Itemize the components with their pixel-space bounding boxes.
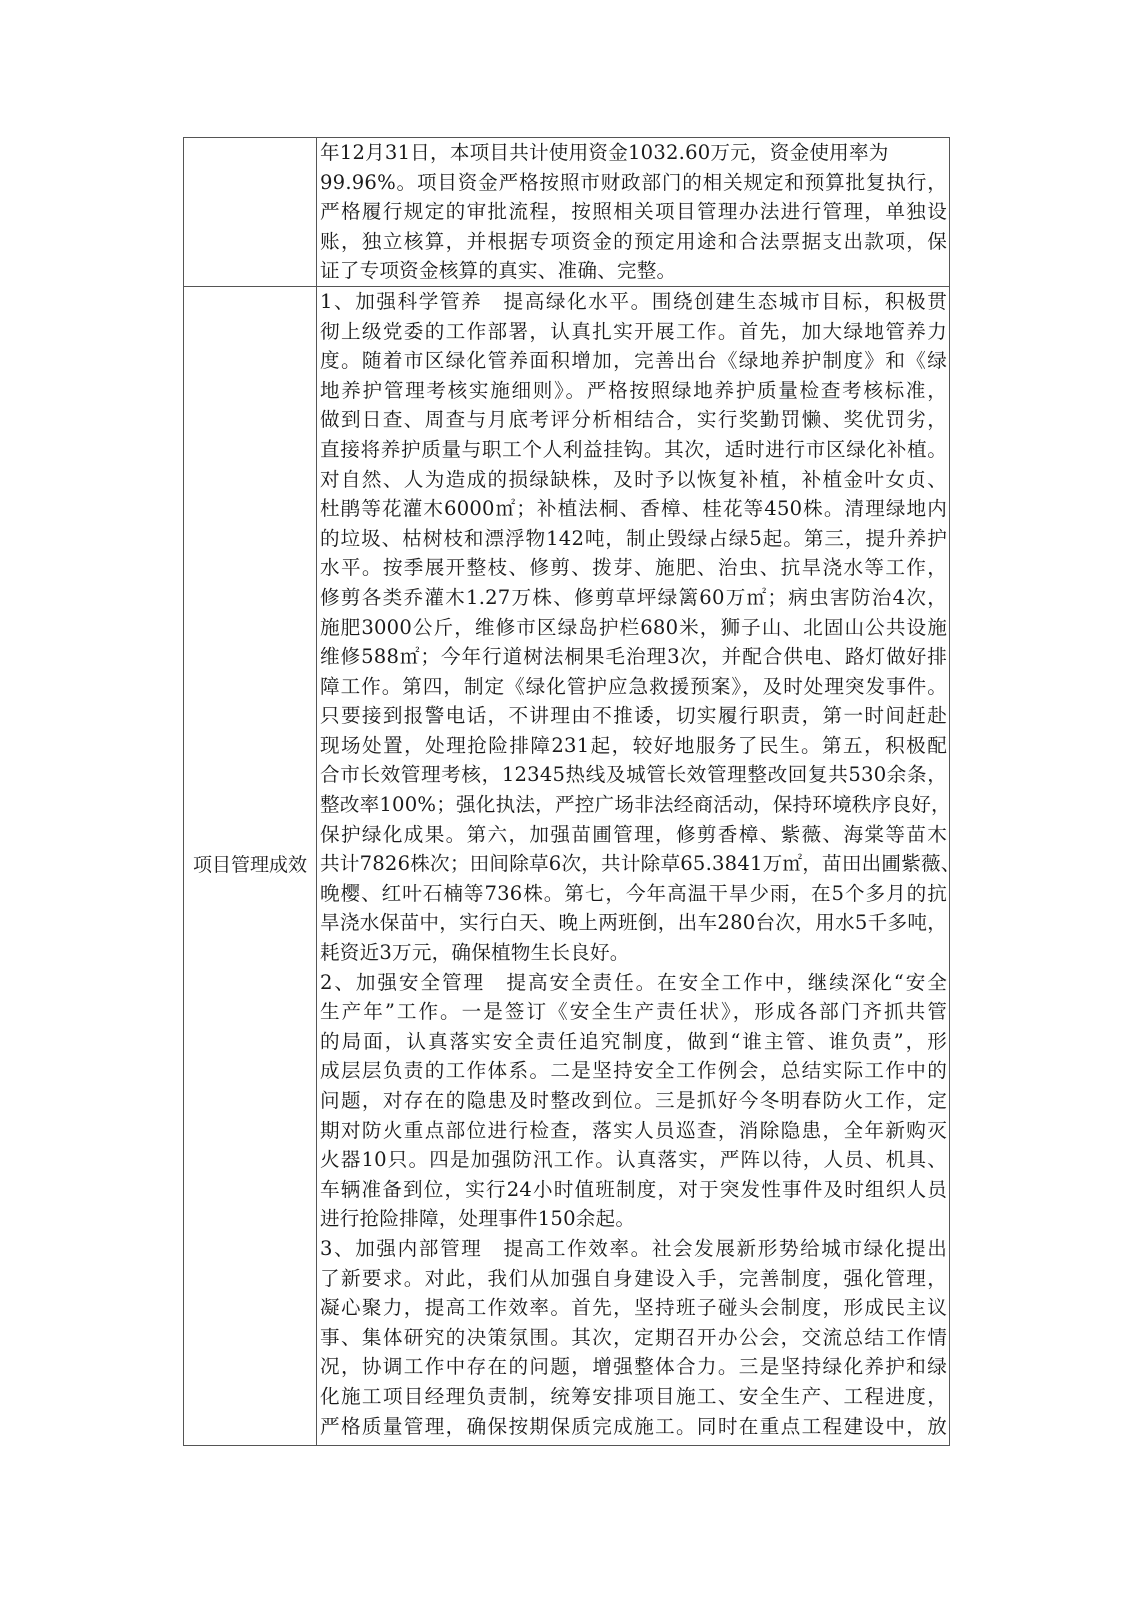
text-line: 进行抢险排障，处理事件150余起。 bbox=[320, 1204, 947, 1234]
text-line: 水平。按季展开整枝、修剪、拨芽、施肥、治虫、抗旱浇水等工作， bbox=[320, 553, 947, 583]
text-line: 耗资近3万元，确保植物生长良好。 bbox=[320, 938, 947, 968]
text-line: 施肥3000公斤，维修市区绿岛护栏680米，狮子山、北固山公共设施 bbox=[320, 613, 947, 643]
text-line: 年12月31日，本项目共计使用资金1032.60万元，资金使用率为 bbox=[320, 138, 947, 168]
row-content-cell: 1、加强科学管养 提高绿化水平。围绕创建生态城市目标，积极贯彻上级党委的工作部署… bbox=[317, 286, 950, 1445]
row-label-cell bbox=[184, 138, 317, 287]
text-line: 直接将养护质量与职工个人利益挂钩。其次，适时进行市区绿化补植。 bbox=[320, 435, 947, 465]
text-line: 严格履行规定的审批流程，按照相关项目管理办法进行管理，单独设 bbox=[320, 197, 947, 227]
text-line: 账，独立核算，并根据专项资金的预定用途和合法票据支出款项，保 bbox=[320, 227, 947, 257]
table-row-management-results: 项目管理成效 1、加强科学管养 提高绿化水平。围绕创建生态城市目标，积极贯彻上级… bbox=[184, 286, 950, 1445]
text-line: 的局面，认真落实安全责任追究制度，做到“谁主管、谁负责”，形 bbox=[320, 1027, 947, 1057]
text-line: 旱浇水保苗中，实行白天、晚上两班倒，出车280台次，用水5千多吨， bbox=[320, 908, 947, 938]
text-line: 严格质量管理，确保按期保质完成施工。同时在重点工程建设中，放 bbox=[320, 1412, 947, 1442]
text-line: 对自然、人为造成的损绿缺株，及时予以恢复补植，补植金叶女贞、 bbox=[320, 465, 947, 495]
text-line: 99.96%。项目资金严格按照市财政部门的相关规定和预算批复执行， bbox=[320, 168, 947, 198]
text-line: 彻上级党委的工作部署，认真扎实开展工作。首先，加大绿地管养力 bbox=[320, 317, 947, 347]
text-line: 况，协调工作中存在的问题，增强整体合力。三是坚持绿化养护和绿 bbox=[320, 1352, 947, 1382]
text-line: 障工作。第四，制定《绿化管护应急救援预案》，及时处理突发事件。 bbox=[320, 672, 947, 702]
text-line: 化施工项目经理负责制，统筹安排项目施工、安全生产、工程进度， bbox=[320, 1382, 947, 1412]
text-line: 凝心聚力，提高工作效率。首先，坚持班子碰头会制度，形成民主议 bbox=[320, 1293, 947, 1323]
project-table: 年12月31日，本项目共计使用资金1032.60万元，资金使用率为99.96%。… bbox=[183, 137, 950, 1446]
row-content-cell: 年12月31日，本项目共计使用资金1032.60万元，资金使用率为99.96%。… bbox=[317, 138, 950, 287]
funds-paragraph: 年12月31日，本项目共计使用资金1032.60万元，资金使用率为99.96%。… bbox=[320, 138, 947, 286]
text-line: 度。随着市区绿化管养面积增加，完善出台《绿地养护制度》和《绿 bbox=[320, 346, 947, 376]
text-line: 晚樱、红叶石楠等736株。第七，今年高温干旱少雨，在5个多月的抗 bbox=[320, 879, 947, 909]
text-line: 杜鹃等花灌木6000㎡；补植法桐、香樟、桂花等450株。清理绿地内 bbox=[320, 494, 947, 524]
text-line: 1、加强科学管养 提高绿化水平。围绕创建生态城市目标，积极贯 bbox=[320, 287, 947, 317]
text-line: 2、加强安全管理 提高安全责任。在安全工作中，继续深化“安全 bbox=[320, 968, 947, 998]
row-label-cell-project-management-results: 项目管理成效 bbox=[184, 286, 317, 1445]
text-line: 地养护管理考核实施细则》。严格按照绿地养护质量检查考核标准， bbox=[320, 376, 947, 406]
text-line: 修剪各类乔灌木1.27万株、修剪草坪绿篱60万㎡；病虫害防治4次， bbox=[320, 583, 947, 613]
text-line: 成层层负责的工作体系。二是坚持安全工作例会，总结实际工作中的 bbox=[320, 1056, 947, 1086]
document-page: 年12月31日，本项目共计使用资金1032.60万元，资金使用率为99.96%。… bbox=[0, 0, 1130, 1600]
table-row-funds: 年12月31日，本项目共计使用资金1032.60万元，资金使用率为99.96%。… bbox=[184, 138, 950, 287]
text-line: 共计7826株次；田间除草6次，共计除草65.3841万㎡，苗田出圃紫薇、 bbox=[320, 849, 947, 879]
text-line: 了新要求。对此，我们从加强自身建设入手，完善制度，强化管理， bbox=[320, 1264, 947, 1294]
text-line: 问题，对存在的隐患及时整改到位。三是抓好今冬明春防火工作，定 bbox=[320, 1086, 947, 1116]
text-line: 合市长效管理考核，12345热线及城管长效管理整改回复共530余条， bbox=[320, 760, 947, 790]
text-line: 期对防火重点部位进行检查，落实人员巡查，消除隐患，全年新购灭 bbox=[320, 1116, 947, 1146]
text-line: 维修588㎡；今年行道树法桐果毛治理3次，并配合供电、路灯做好排 bbox=[320, 642, 947, 672]
text-line: 证了专项资金核算的真实、准确、完整。 bbox=[320, 256, 947, 286]
text-line: 保护绿化成果。第六，加强苗圃管理，修剪香樟、紫薇、海棠等苗木 bbox=[320, 820, 947, 850]
text-line: 做到日查、周查与月底考评分析相结合，实行奖勤罚懒、奖优罚劣， bbox=[320, 405, 947, 435]
text-line: 火器10只。四是加强防汛工作。认真落实，严阵以待，人员、机具、 bbox=[320, 1145, 947, 1175]
management-results-paragraphs: 1、加强科学管养 提高绿化水平。围绕创建生态城市目标，积极贯彻上级党委的工作部署… bbox=[320, 287, 947, 1441]
text-line: 生产年”工作。一是签订《安全生产责任状》，形成各部门齐抓共管 bbox=[320, 997, 947, 1027]
text-line: 的垃圾、枯树枝和漂浮物142吨，制止毁绿占绿5起。第三，提升养护 bbox=[320, 524, 947, 554]
text-line: 现场处置，处理抢险排障231起，较好地服务了民生。第五，积极配 bbox=[320, 731, 947, 761]
table-body: 年12月31日，本项目共计使用资金1032.60万元，资金使用率为99.96%。… bbox=[184, 138, 950, 1446]
text-line: 车辆准备到位，实行24小时值班制度，对于突发性事件及时组织人员 bbox=[320, 1175, 947, 1205]
text-line: 事、集体研究的决策氛围。其次，定期召开办公会，交流总结工作情 bbox=[320, 1323, 947, 1353]
text-line: 只要接到报警电话，不讲理由不推诿，切实履行职责，第一时间赶赴 bbox=[320, 701, 947, 731]
text-line: 整改率100%；强化执法，严控广场非法经商活动，保持环境秩序良好， bbox=[320, 790, 947, 820]
text-line: 3、加强内部管理 提高工作效率。社会发展新形势给城市绿化提出 bbox=[320, 1234, 947, 1264]
